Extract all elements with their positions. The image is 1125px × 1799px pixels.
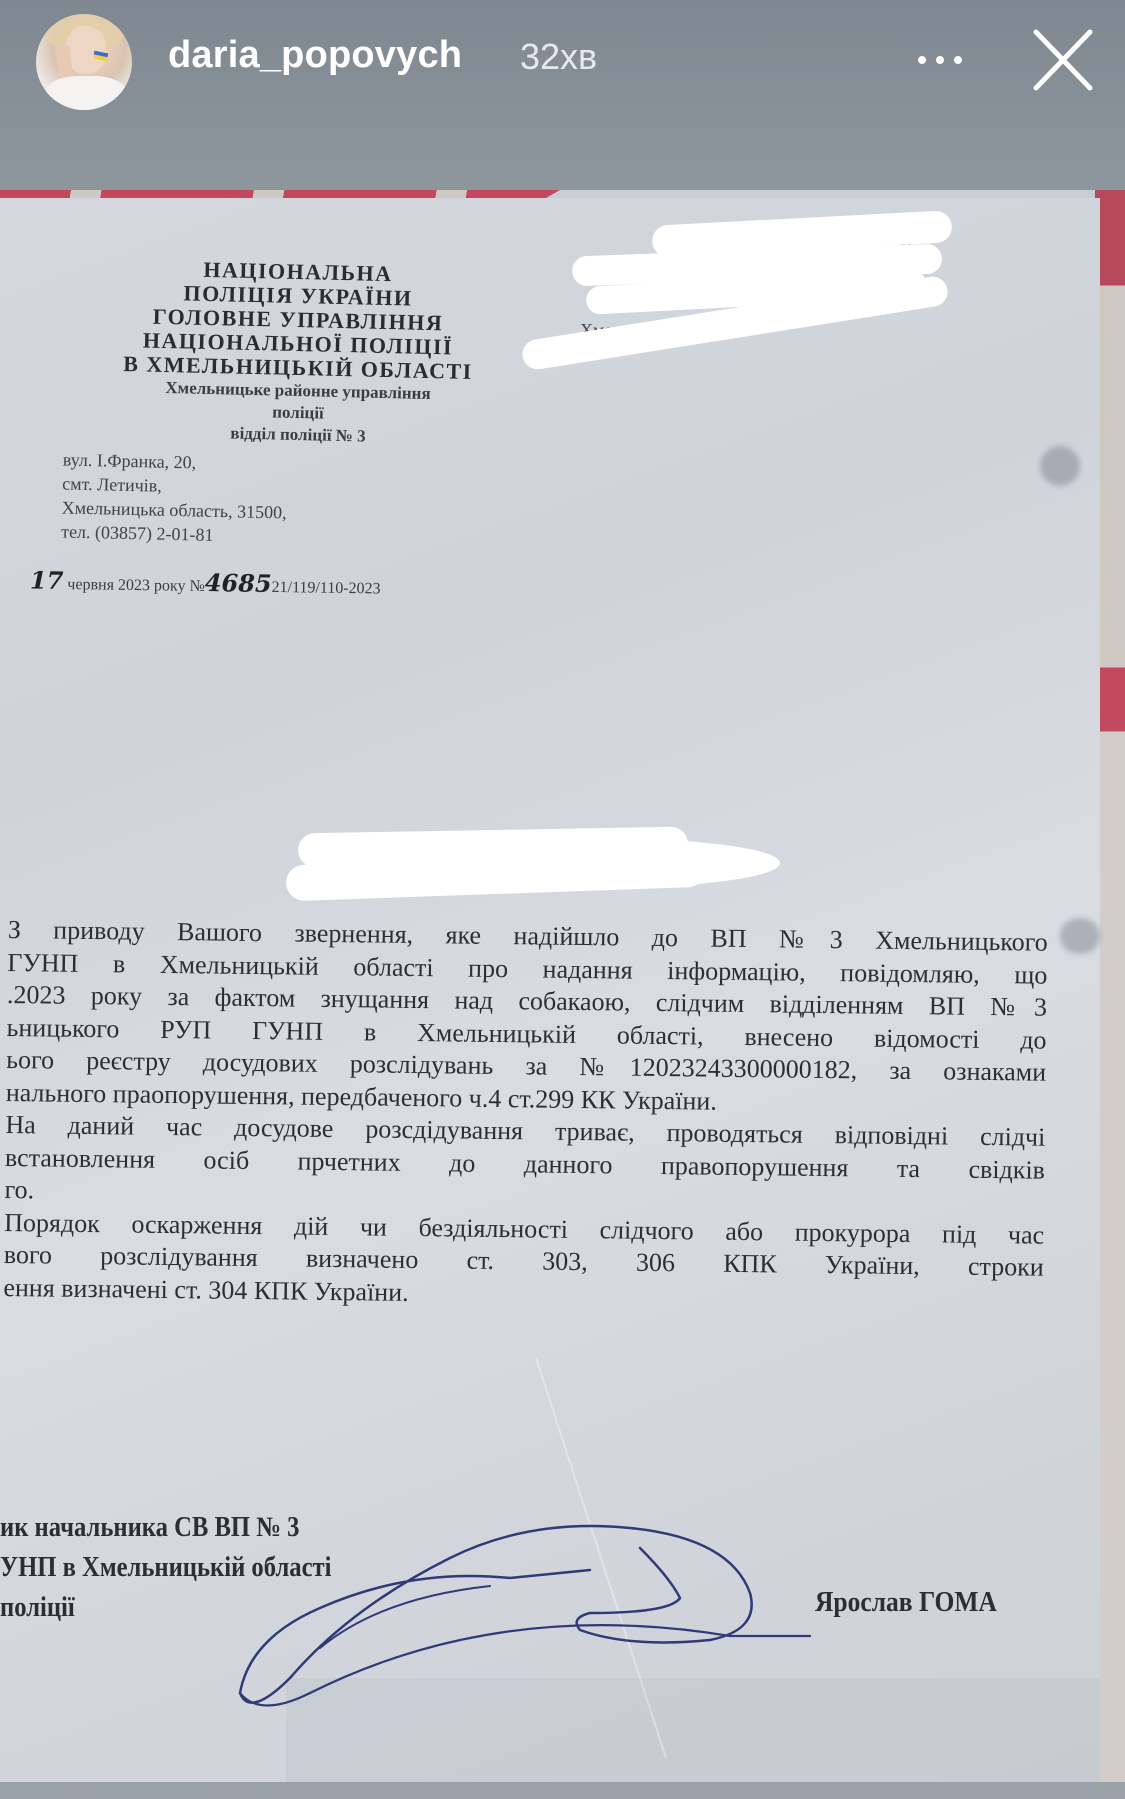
more-options-button[interactable] [910,40,970,76]
signatory-name: Ярослав ГОМА [815,1586,997,1619]
story-time: 32хв [520,36,597,78]
story-header: daria_popovych 32хв [0,0,1125,120]
handwritten-day: 17 [30,566,64,595]
more-horizontal-icon-dot [936,56,944,64]
avatar[interactable] [36,14,132,110]
handwritten-number: 4685 [205,568,272,598]
handwritten-signature-icon [150,1518,830,1718]
close-button[interactable] [1030,26,1096,94]
paper-smudge [1060,918,1100,954]
story-bottom-bar [0,1782,1125,1799]
sender-address: вул. І.Франка, 20, смт. Летичів, Хмельни… [61,447,288,548]
letterhead: НАЦІОНАЛЬНА ПОЛІЦІЯ УКРАЇНИ ГОЛОВНЕ УПРА… [88,260,508,446]
reference-line: 17 червня 2023 року №468521/119/110-2023 [30,566,381,600]
ref-text: червня 2023 року № [67,576,205,595]
letter-body: З приводу Вашого звернення, яке надійшло… [3,914,1048,1317]
story-media[interactable]: НАЦІОНАЛЬНА ПОЛІЦІЯ УКРАЇНИ ГОЛОВНЕ УПРА… [0,190,1125,1782]
more-horizontal-icon-dot [954,56,962,64]
ref-text-2: 21/119/110-2023 [271,579,380,598]
police-letter: НАЦІОНАЛЬНА ПОЛІЦІЯ УКРАЇНИ ГОЛОВНЕ УПРА… [0,198,1100,1782]
more-horizontal-icon [918,56,926,64]
close-icon [1030,26,1096,94]
avatar-shirt [46,76,126,110]
paper-smudge [1040,446,1080,486]
username-link[interactable]: daria_popovych [168,34,462,77]
